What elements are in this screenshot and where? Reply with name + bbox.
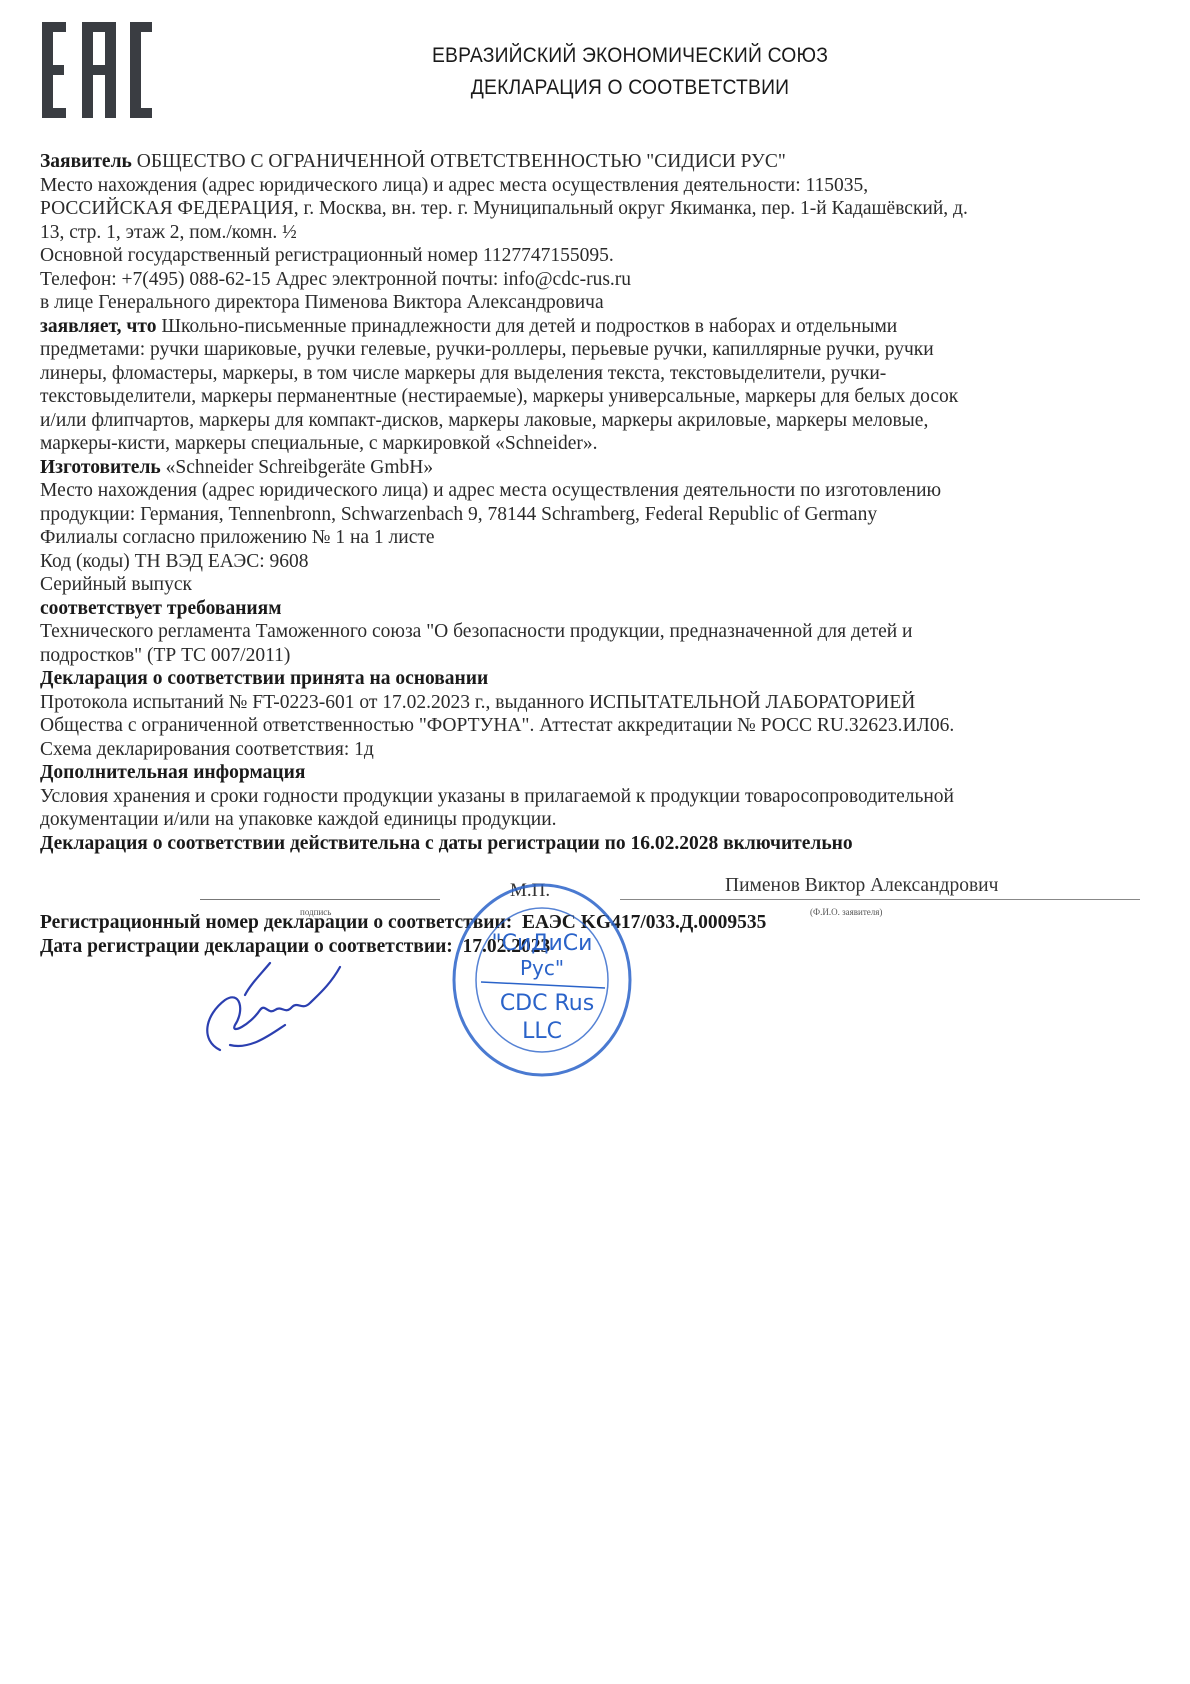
union-title: ЕВРАЗИЙСКИЙ ЭКОНОМИЧЕСКИЙ СОЮЗ [354, 40, 906, 72]
applicant-name: ОБЩЕСТВО С ОГРАНИЧЕННОЙ ОТВЕТСТВЕННОСТЬЮ… [132, 151, 786, 172]
applicant-ogrn: Основной государственный регистрационный… [40, 244, 1150, 268]
handwritten-signature-icon [190, 955, 370, 1065]
svg-text:LLC: LLC [522, 1019, 562, 1044]
registration-number-line: Регистрационный номер декларации о соотв… [40, 911, 1150, 935]
requirements-line-2: подростков" (ТР ТС 007/2011) [40, 644, 1150, 668]
svg-text:Рус": Рус" [520, 956, 564, 980]
registration-number: ЕАЭС KG417/033.Д.0009535 [522, 912, 766, 933]
requirements-line-1: Технического регламента Таможенного союз… [40, 620, 1150, 644]
product-line-2: предметами: ручки шариковые, ручки гелев… [40, 338, 1150, 362]
signatory-name: Пименов Виктор Александрович [725, 874, 998, 898]
manufacturer-name: «Schneider Schreibgeräte GmbH» [161, 457, 433, 478]
applicant-address-1: Место нахождения (адрес юридического лиц… [40, 174, 1150, 198]
product-line-5: и/или флипчартов, маркеры для компакт-ди… [40, 409, 1150, 433]
product-line-4: текстовыделители, маркеры перманентные (… [40, 385, 1150, 409]
registration-date-line: Дата регистрации декларации о соответств… [40, 935, 1150, 959]
seal-place-label: М.П. [510, 879, 550, 903]
applicant-label: Заявитель [40, 151, 132, 172]
additional-info-label: Дополнительная информация [40, 761, 1150, 785]
manufacturer-branches: Филиалы согласно приложению № 1 на 1 лис… [40, 526, 1150, 550]
applicant-contacts: Телефон: +7(495) 088-62-15 Адрес электро… [40, 268, 1150, 292]
signature-caption: подпись [300, 901, 331, 925]
name-line [620, 899, 1140, 900]
registration-date-label: Дата регистрации декларации о соответств… [40, 936, 453, 957]
declaration-line-1: заявляет, что Школьно-письменные принадл… [40, 315, 1150, 339]
manufacturer-label: Изготовитель [40, 457, 161, 478]
manufacturer-address-2: продукции: Германия, Tennenbronn, Schwar… [40, 503, 1150, 527]
additional-info-line-2: документации и/или на упаковке каждой ед… [40, 808, 1150, 832]
production-type: Серийный выпуск [40, 573, 1150, 597]
eac-mark-icon [40, 22, 155, 118]
document-header: ЕВРАЗИЙСКИЙ ЭКОНОМИЧЕСКИЙ СОЮЗ ДЕКЛАРАЦИ… [354, 40, 906, 104]
declaration-page: ЕВРАЗИЙСКИЙ ЭКОНОМИЧЕСКИЙ СОЮЗ ДЕКЛАРАЦИ… [0, 0, 1190, 1684]
declaration-scheme: Схема декларирования соответствия: 1д [40, 738, 1150, 762]
tn-ved-code: Код (коды) ТН ВЭД ЕАЭС: 9608 [40, 550, 1150, 574]
additional-info-line-1: Условия хранения и сроки годности продук… [40, 785, 1150, 809]
requirements-label: соответствует требованиям [40, 597, 1150, 621]
validity-statement: Декларация о соответствии действительна … [40, 832, 1150, 856]
registration-date: 17.02.2023 [463, 936, 551, 957]
applicant-address-3: 13, стр. 1, этаж 2, пом./комн. ½ [40, 221, 1150, 245]
applicant-representative: в лице Генерального директора Пименова В… [40, 291, 1150, 315]
registration-number-label: Регистрационный номер декларации о соотв… [40, 912, 512, 933]
signatory-caption: (Ф.И.О. заявителя) [810, 901, 882, 925]
applicant-line: Заявитель ОБЩЕСТВО С ОГРАНИЧЕННОЙ ОТВЕТС… [40, 150, 1150, 174]
product-line-6: маркеры-кисти, маркеры специальные, с ма… [40, 432, 1150, 456]
document-body: Заявитель ОБЩЕСТВО С ОГРАНИЧЕННОЙ ОТВЕТС… [40, 150, 1150, 958]
document-title: ДЕКЛАРАЦИЯ О СООТВЕТСТВИИ [354, 72, 906, 104]
manufacturer-address-1: Место нахождения (адрес юридического лиц… [40, 479, 1150, 503]
product-line-3: линеры, фломастеры, маркеры, в том числе… [40, 362, 1150, 386]
applicant-address-2: РОССИЙСКАЯ ФЕДЕРАЦИЯ, г. Москва, вн. тер… [40, 197, 1150, 221]
signature-row: подпись М.П. Пименов Виктор Александрови… [40, 855, 1150, 911]
declaration-label: заявляет, что [40, 316, 157, 337]
signature-line [200, 899, 440, 900]
manufacturer-line: Изготовитель «Schneider Schreibgeräte Gm… [40, 456, 1150, 480]
basis-line-1: Протокола испытаний № FT-0223-601 от 17.… [40, 691, 1150, 715]
product-text: Школьно-письменные принадлежности для де… [157, 316, 898, 337]
svg-text:CDC Rus: CDC Rus [500, 991, 594, 1016]
basis-line-2: Общества с ограниченной ответственностью… [40, 714, 1150, 738]
basis-label: Декларация о соответствии принята на осн… [40, 667, 1150, 691]
